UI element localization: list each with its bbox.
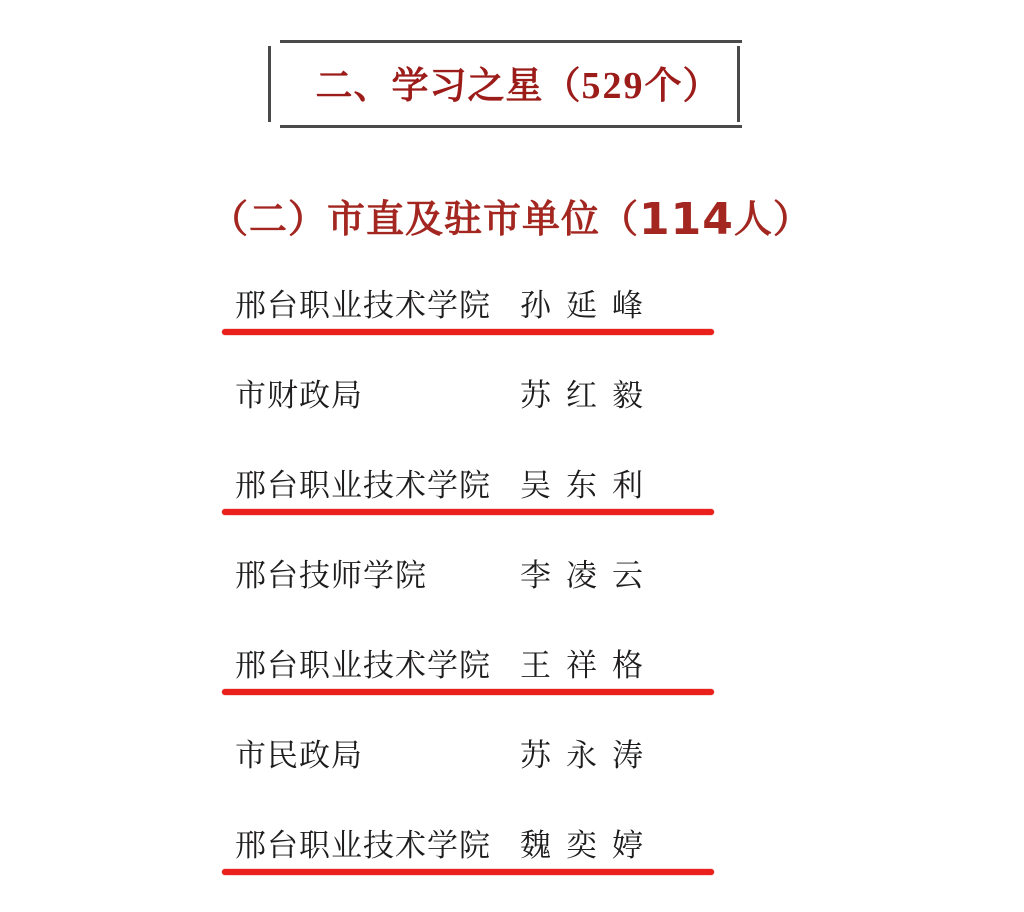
document-page: 二、学习之星（529个） （二）市直及驻市单位（114人） 邢台职业技术学院孙延…: [0, 0, 1024, 912]
subsection-heading-suffix: 人）: [734, 199, 812, 241]
org-name: 邢台职业技术学院: [235, 644, 491, 688]
list-item: 市民政局苏永涛: [235, 732, 795, 822]
person-name: 苏永涛: [520, 734, 658, 778]
list-item: 邢台技师学院李凌云: [235, 552, 795, 642]
subsection-heading-prefix: （二）市直及驻市单位（: [210, 199, 639, 241]
list-item: 邢台职业技术学院吴东利: [235, 462, 795, 552]
red-underline-mark: [222, 509, 714, 515]
person-name: 魏奕婷: [520, 824, 658, 868]
subsection-heading: （二）市直及驻市单位（114人）: [210, 190, 812, 250]
list-item: 邢台职业技术学院王祥格: [235, 642, 795, 732]
list-item: 市财政局苏红毅: [235, 372, 795, 462]
section-title-prefix: 二、学习之星（: [316, 66, 582, 107]
section-title-suffix: 个）: [645, 66, 721, 107]
org-name: 邢台技师学院: [235, 554, 427, 598]
person-name: 苏红毅: [520, 374, 658, 418]
person-name: 王祥格: [520, 644, 658, 688]
red-underline-mark: [222, 869, 714, 875]
red-underline-mark: [222, 689, 714, 695]
section-title: 二、学习之星（529个）: [268, 40, 742, 128]
org-name: 市民政局: [235, 734, 363, 778]
org-name: 邢台职业技术学院: [235, 464, 491, 508]
section-title-box: 二、学习之星（529个）: [268, 40, 742, 128]
subsection-heading-count: 114: [639, 194, 734, 245]
person-name: 李凌云: [520, 554, 658, 598]
list-item: 邢台职业技术学院孙延峰: [235, 282, 795, 372]
person-name: 吴东利: [520, 464, 658, 508]
org-name: 邢台职业技术学院: [235, 284, 491, 328]
person-name: 孙延峰: [520, 284, 658, 328]
roster-list: 邢台职业技术学院孙延峰市财政局苏红毅邢台职业技术学院吴东利邢台技师学院李凌云邢台…: [235, 282, 795, 912]
list-item: 邢台职业技术学院魏奕婷: [235, 822, 795, 912]
org-name: 邢台职业技术学院: [235, 824, 491, 868]
red-underline-mark: [222, 329, 714, 335]
section-title-count: 529: [582, 65, 645, 107]
org-name: 市财政局: [235, 374, 363, 418]
